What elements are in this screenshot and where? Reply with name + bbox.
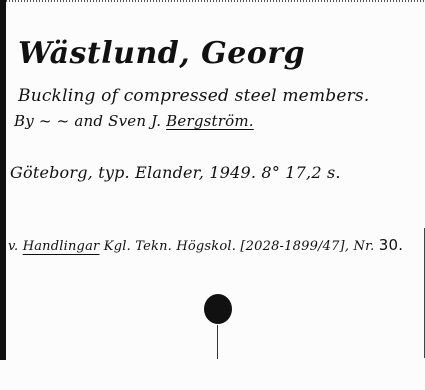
series-name: Handlingar (23, 239, 100, 254)
catalog-card: Wästlund, Georg Buckling of compressed s… (0, 0, 425, 360)
series-number-label: Nr. (354, 239, 375, 254)
series-number: 30. (379, 236, 403, 254)
card-top-edge (6, 0, 425, 2)
author-prefix: By ~ ~ and Sven J. (14, 112, 161, 130)
card-series: v. Handlingar Kgl. Tekn. Högskol. [2028-… (8, 236, 403, 254)
card-title: Buckling of compressed steel members. (18, 86, 369, 106)
punch-hole-icon (204, 294, 232, 324)
card-imprint: Göteborg, typ. Elander, 1949. 8° 17,2 s. (10, 163, 341, 182)
card-authors: By ~ ~ and Sven J. Bergström. (14, 112, 254, 130)
series-prefix: v. (8, 239, 18, 254)
card-heading-author: Wästlund, Georg (18, 36, 305, 71)
punch-hole-slit (217, 325, 218, 359)
series-details: Kgl. Tekn. Högskol. [2028-1899/47], (104, 239, 349, 254)
author-surname: Bergström. (166, 112, 254, 130)
page: Wästlund, Georg Buckling of compressed s… (0, 0, 425, 390)
card-left-edge (0, 0, 6, 360)
